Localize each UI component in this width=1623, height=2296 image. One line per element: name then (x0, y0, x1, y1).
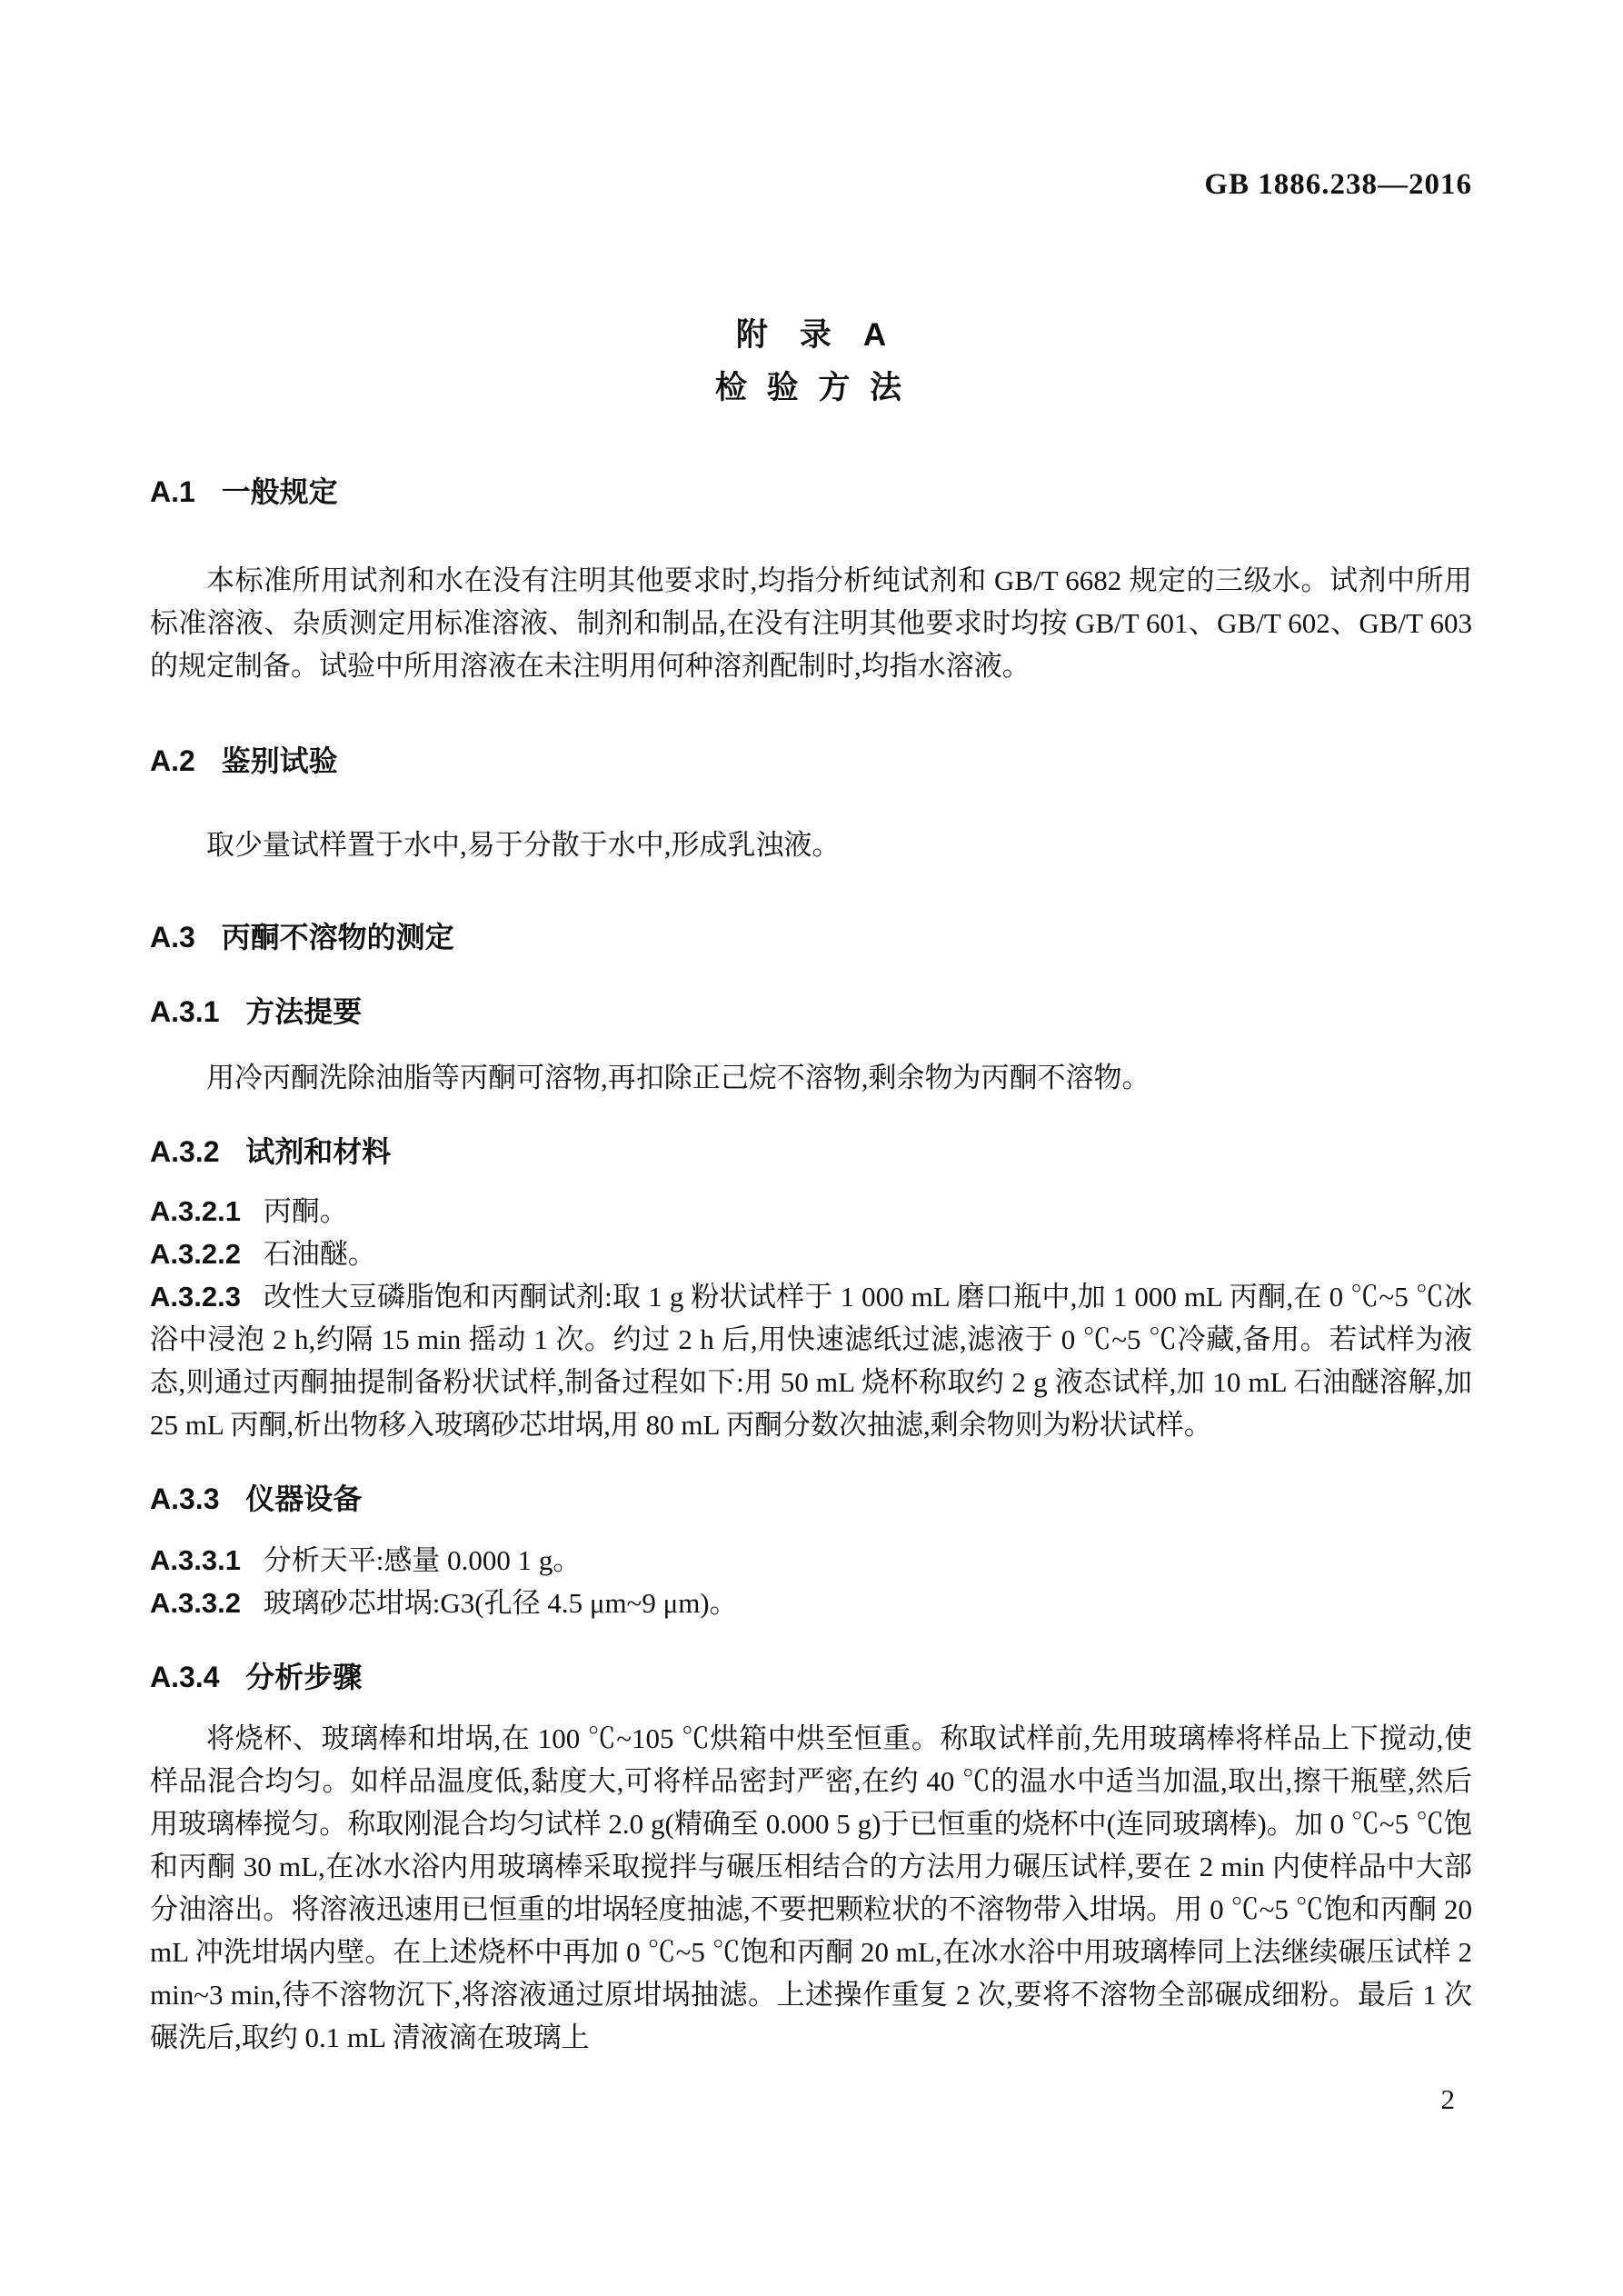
appendix-subtitle: 检 验 方 法 (150, 362, 1472, 414)
clause-item-a321: A.3.2.1丙酮。 (150, 1190, 1472, 1233)
appendix-title: 附 录 A (150, 309, 1472, 362)
section-title: 试剂和材料 (245, 1135, 391, 1168)
section-number: A.3.3 (150, 1482, 219, 1515)
section-heading-a31: A.3.1方法提要 (150, 991, 1472, 1033)
paragraph-analysis-steps: 将烧杯、玻璃棒和坩埚,在 100 ℃~105 ℃烘箱中烘至恒重。称取试样前,先用… (150, 1717, 1472, 2059)
section-title: 一般规定 (222, 475, 338, 508)
clause-text: 石油醚。 (264, 1238, 376, 1270)
clause-number: A.3.3.2 (150, 1587, 241, 1619)
section-title: 鉴别试验 (222, 744, 338, 777)
clause-text: 玻璃砂芯坩埚:G3(孔径 4.5 μm~9 μm)。 (264, 1587, 738, 1619)
clause-text: 丙酮。 (264, 1195, 348, 1227)
section-title: 丙酮不溶物的测定 (222, 921, 454, 953)
section-number: A.3.1 (150, 995, 219, 1028)
section-number: A.3.4 (150, 1661, 219, 1693)
section-heading-a33: A.3.3仪器设备 (150, 1478, 1472, 1521)
clause-item-a322: A.3.2.2石油醚。 (150, 1233, 1472, 1275)
section-heading-a3: A.3丙酮不溶物的测定 (150, 916, 1472, 959)
section-title: 方法提要 (245, 995, 362, 1028)
section-heading-a32: A.3.2试剂和材料 (150, 1131, 1472, 1173)
clause-text: 分析天平:感量 0.000 1 g。 (264, 1544, 582, 1576)
section-title: 仪器设备 (245, 1482, 362, 1515)
clause-number: A.3.2.1 (150, 1195, 241, 1227)
section-number: A.1 (150, 475, 195, 508)
clause-text: 改性大豆磷脂饱和丙酮试剂:取 1 g 粉状试样于 1 000 mL 磨口瓶中,加… (150, 1281, 1472, 1441)
section-heading-a2: A.2鉴别试验 (150, 740, 1472, 783)
section-number: A.2 (150, 744, 195, 777)
section-heading-a1: A.1一般规定 (150, 471, 1472, 514)
section-title: 分析步骤 (245, 1661, 362, 1693)
paragraph-identification: 取少量试样置于水中,易于分散于水中,形成乳浊液。 (150, 824, 1472, 866)
clause-number: A.3.2.3 (150, 1281, 241, 1313)
clause-number: A.3.3.1 (150, 1544, 241, 1576)
clause-item-a332: A.3.3.2玻璃砂芯坩埚:G3(孔径 4.5 μm~9 μm)。 (150, 1582, 1472, 1624)
clause-item-a331: A.3.3.1分析天平:感量 0.000 1 g。 (150, 1539, 1472, 1582)
document-page: GB 1886.238—2016 附 录 A 检 验 方 法 A.1一般规定 本… (0, 0, 1623, 2296)
clause-item-a323: A.3.2.3改性大豆磷脂饱和丙酮试剂:取 1 g 粉状试样于 1 000 mL… (150, 1275, 1472, 1446)
clause-number: A.3.2.2 (150, 1238, 241, 1270)
appendix-title-block: 附 录 A 检 验 方 法 (150, 309, 1472, 414)
page-number: 2 (1441, 2083, 1456, 2116)
section-heading-a34: A.3.4分析步骤 (150, 1656, 1472, 1699)
section-number: A.3 (150, 921, 195, 953)
paragraph-method-summary: 用冷丙酮洗除油脂等丙酮可溶物,再扣除正己烷不溶物,剩余物为丙酮不溶物。 (150, 1056, 1472, 1099)
paragraph-general: 本标准所用试剂和水在没有注明其他要求时,均指分析纯试剂和 GB/T 6682 规… (150, 559, 1472, 687)
standard-number: GB 1886.238—2016 (150, 0, 1472, 202)
section-number: A.3.2 (150, 1135, 219, 1168)
